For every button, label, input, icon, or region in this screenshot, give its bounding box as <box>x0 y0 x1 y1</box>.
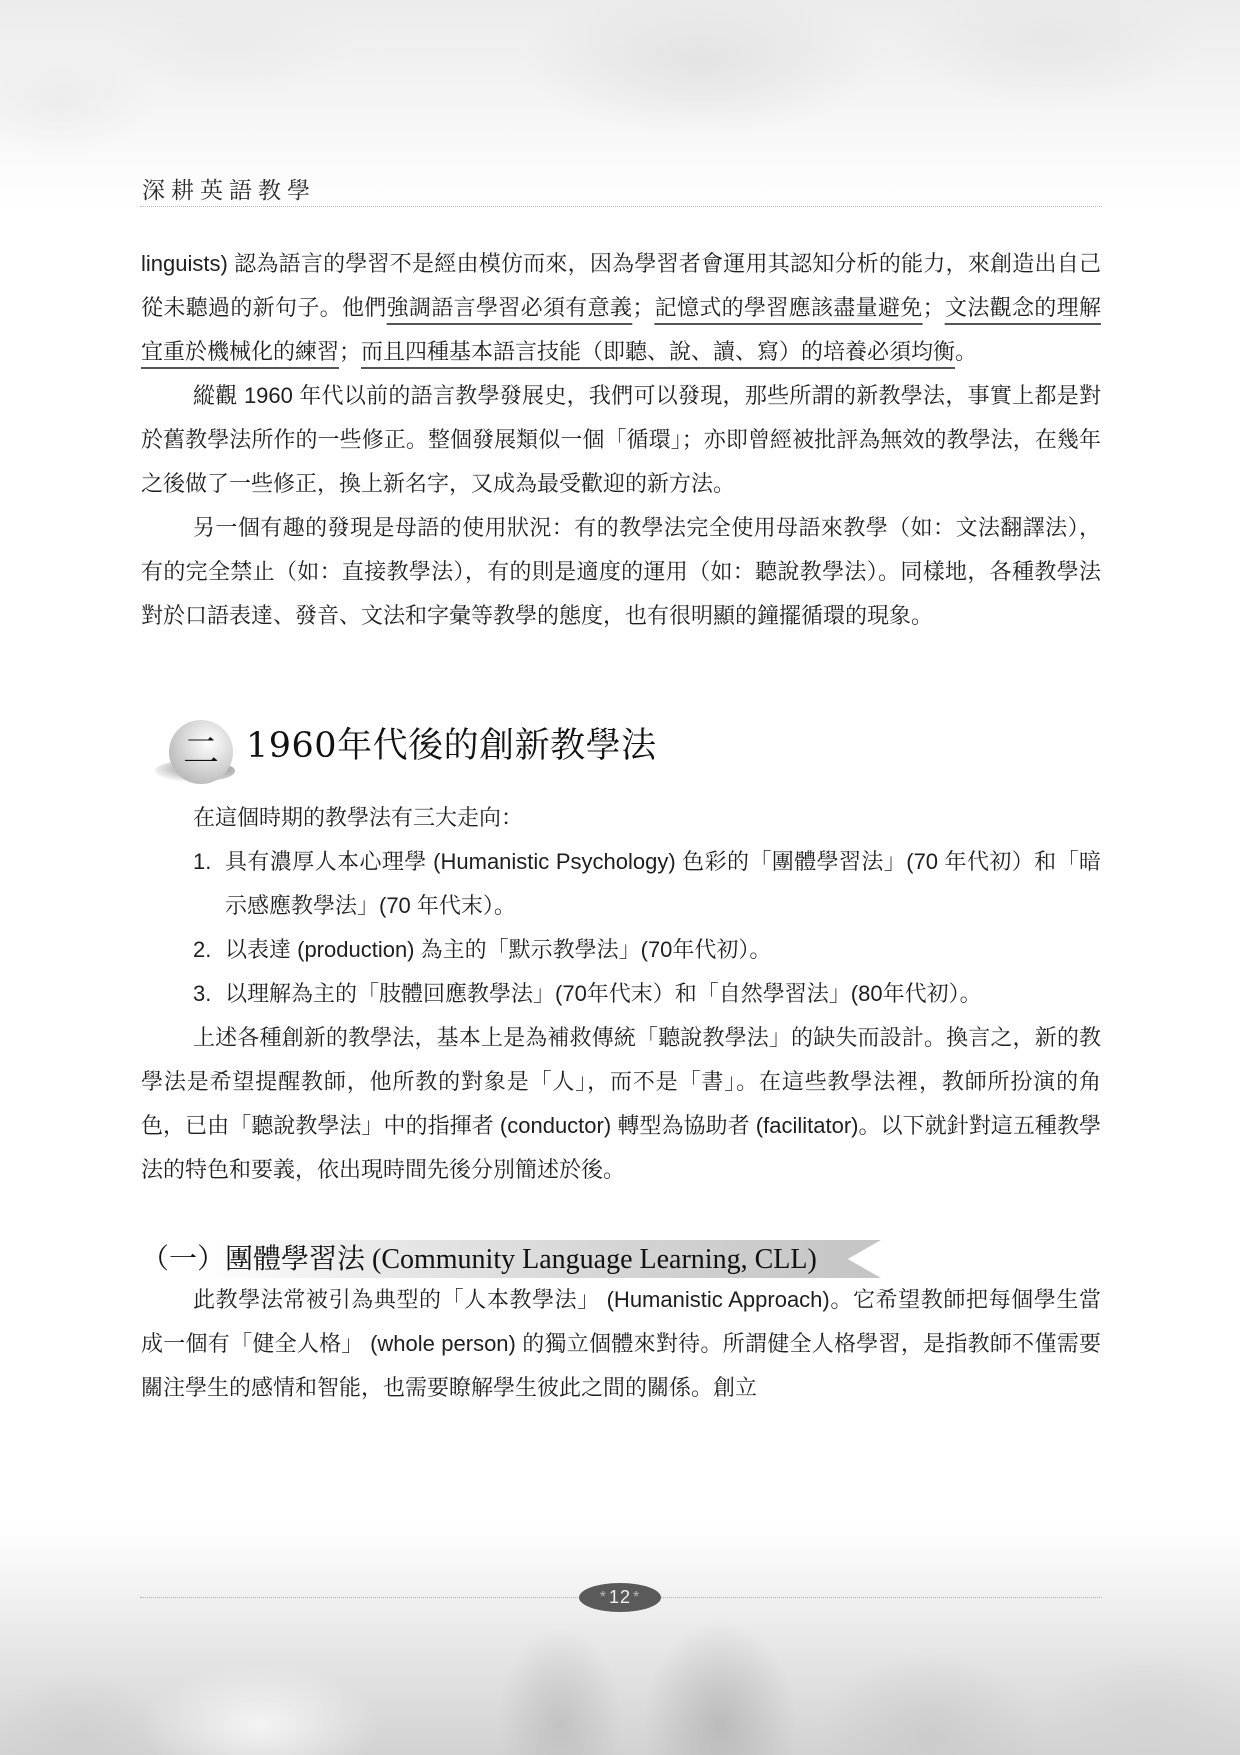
text-segment: ； <box>923 295 945 320</box>
subsection-body: 此教學法常被引為典型的「人本教學法」 (Humanistic Approach)… <box>141 1278 1101 1410</box>
asterisk-ornament-icon: * <box>600 1589 607 1607</box>
text-segment: ； <box>339 339 361 364</box>
underlined-phrase: 強調語言學習必須有意義 <box>387 295 633 320</box>
paragraph-history: 縱觀 1960 年代以前的語言教學發展史，我們可以發現，那些所謂的新教學法，事實… <box>141 374 1101 506</box>
list-text: 以理解為主的「肢體回應教學法」(70年代末）和「自然學習法」(80年代初）。 <box>225 981 982 1006</box>
list-number: 2. <box>193 928 211 972</box>
list-number: 3. <box>193 972 211 1016</box>
paragraph-linguists: linguists) 認為語言的學習不是經由模仿而來，因為學習者會運用其認知分析… <box>141 242 1101 374</box>
page-number-badge: * 12 * <box>579 1583 661 1612</box>
list-item: 3. 以理解為主的「肢體回應教學法」(70年代末）和「自然學習法」(80年代初）… <box>141 972 1101 1016</box>
list-text: 以表達 (production) 為主的「默示教學法」(70年代初）。 <box>225 937 771 962</box>
underlined-phrase: 記憶式的學習應該盡量避免 <box>654 295 922 320</box>
page-body: linguists) 認為語言的學習不是經由模仿而來，因為學習者會運用其認知分析… <box>141 242 1101 1410</box>
list-item: 1. 具有濃厚人本心理學 (Humanistic Psychology) 色彩的… <box>141 840 1101 928</box>
underlined-phrase: 而且四種基本語言技能（即聽、說、讀、寫）的培養必須均衡 <box>361 339 955 364</box>
list-number: 1. <box>193 840 211 884</box>
footer-background-texture <box>0 1525 1240 1755</box>
list-text: 具有濃厚人本心理學 (Humanistic Psychology) 色彩的「團體… <box>225 849 1101 918</box>
header-divider <box>140 206 1102 207</box>
section-summary: 上述各種創新的教學法，基本上是為補救傳統「聽說教學法」的缺失而設計。換言之，新的… <box>141 1016 1101 1192</box>
list-item: 2. 以表達 (production) 為主的「默示教學法」(70年代初）。 <box>141 928 1101 972</box>
subsection-heading: （一）團體學習法 (Community Language Learning, C… <box>141 1234 1101 1278</box>
section-number-sphere-icon: 二 <box>169 720 233 784</box>
text-segment: 。 <box>955 339 977 364</box>
page-number: 12 <box>609 1587 631 1608</box>
running-header: 深耕英語教學 <box>142 172 316 205</box>
text-segment: ； <box>632 295 654 320</box>
subsection-title: （一）團體學習法 (Community Language Learning, C… <box>141 1238 817 1282</box>
section-heading: 二 1960年代後的創新教學法 <box>141 700 1101 790</box>
section-title: 1960年代後的創新教學法 <box>246 724 657 768</box>
asterisk-ornament-icon: * <box>633 1589 640 1607</box>
section-intro: 在這個時期的教學法有三大走向： <box>141 796 1101 840</box>
paragraph-mother-tongue: 另一個有趣的發現是母語的使用狀況：有的教學法完全使用母語來教學（如：文法翻譯法）… <box>141 506 1101 638</box>
